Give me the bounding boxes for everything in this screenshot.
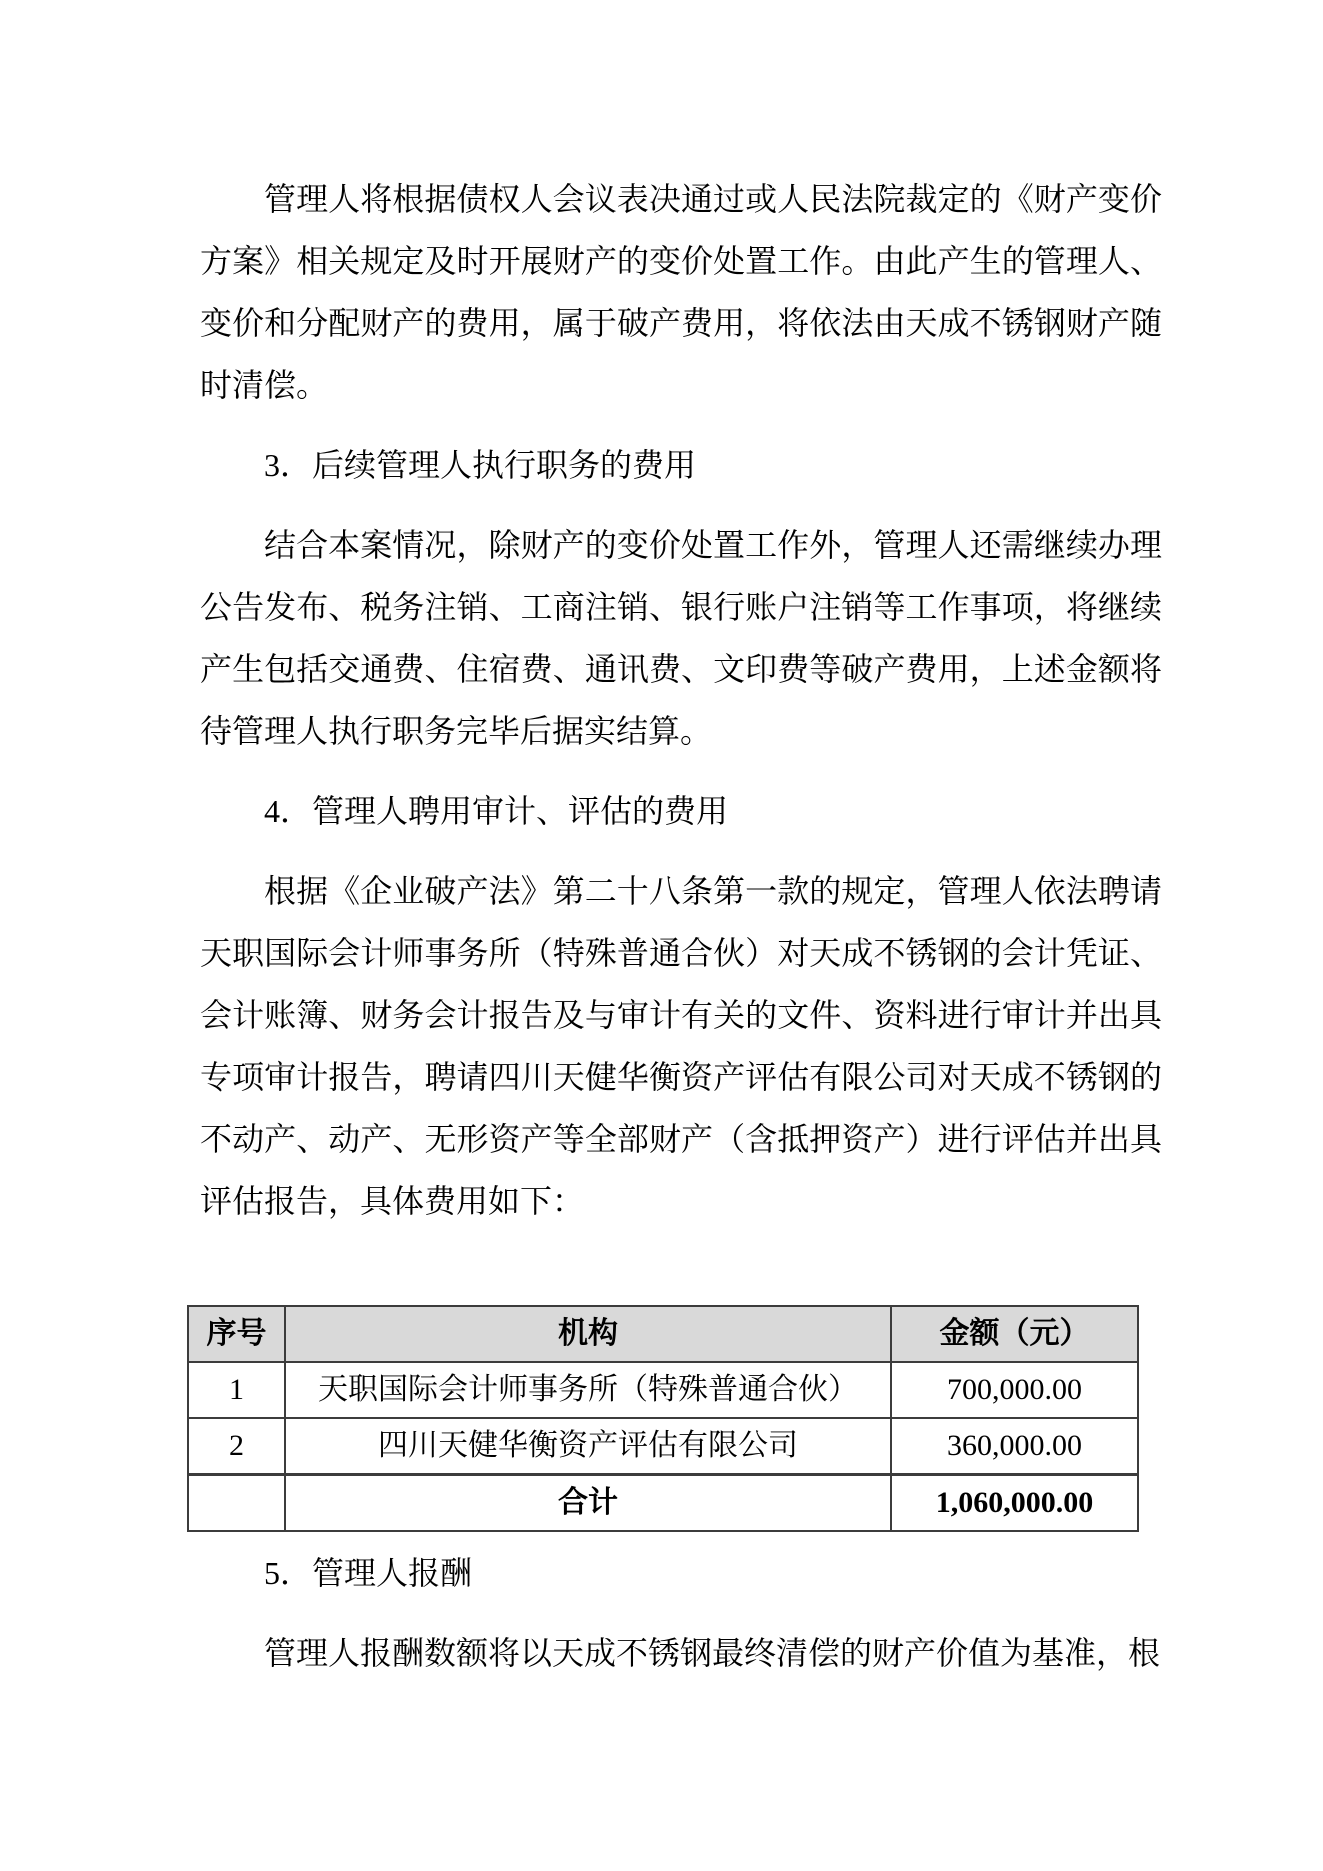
fee-row-1-amount: 700,000.00: [891, 1362, 1138, 1418]
paragraph-audit-appraisal: 根据《企业破产法》第二十八条第一款的规定，管理人依法聘请天职国际会计师事务所（特…: [200, 860, 1162, 1232]
fee-row-2-no: 2: [188, 1418, 285, 1475]
paragraph-asset-disposal: 管理人将根据债权人会议表决通过或人民法院裁定的《财产变价方案》相关规定及时开展财…: [200, 168, 1162, 416]
fee-row-1-org: 天职国际会计师事务所（特殊普通合伙）: [285, 1362, 891, 1418]
fee-total-empty-cell: [188, 1475, 285, 1532]
fee-table-row-1: 1 天职国际会计师事务所（特殊普通合伙） 700,000.00: [188, 1362, 1138, 1418]
paragraph-followup-fees: 结合本案情况，除财产的变价处置工作外，管理人还需继续办理公告发布、税务注销、工商…: [200, 514, 1162, 762]
fee-table-row-2: 2 四川天健华衡资产评估有限公司 360,000.00: [188, 1418, 1138, 1475]
fee-table-header-amount: 金额（元）: [891, 1306, 1138, 1362]
document-page: 管理人将根据债权人会议表决通过或人民法院裁定的《财产变价方案》相关规定及时开展财…: [0, 0, 1323, 1871]
fee-row-2-amount: 360,000.00: [891, 1418, 1138, 1475]
fee-table-header-row: 序号 机构 金额（元）: [188, 1306, 1138, 1362]
fee-row-2-org: 四川天健华衡资产评估有限公司: [285, 1418, 891, 1475]
fee-table: 序号 机构 金额（元） 1 天职国际会计师事务所（特殊普通合伙） 700,000…: [187, 1305, 1139, 1532]
fee-row-1-no: 1: [188, 1362, 285, 1418]
fee-total-label: 合计: [285, 1475, 891, 1532]
heading-section-5-remuneration: 5．管理人报酬: [200, 1542, 1162, 1604]
fee-table-header-org: 机构: [285, 1306, 891, 1362]
page-content: 管理人将根据债权人会议表决通过或人民法院裁定的《财产变价方案》相关规定及时开展财…: [200, 0, 1162, 1684]
paragraph-remuneration: 管理人报酬数额将以天成不锈钢最终清偿的财产价值为基准，根: [200, 1622, 1162, 1684]
fee-table-total-row: 合计 1,060,000.00: [188, 1475, 1138, 1532]
fee-table-header-no: 序号: [188, 1306, 285, 1362]
heading-section-3-followup-fees: 3．后续管理人执行职务的费用: [200, 434, 1162, 496]
heading-section-4-audit-fees: 4．管理人聘用审计、评估的费用: [200, 780, 1162, 842]
fee-total-amount: 1,060,000.00: [891, 1475, 1138, 1532]
